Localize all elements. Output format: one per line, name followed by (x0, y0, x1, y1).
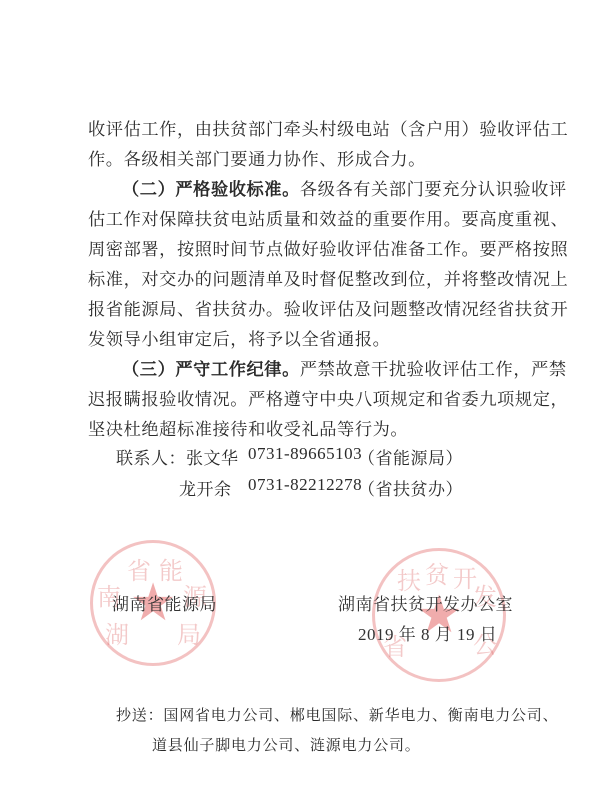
seal-poverty-office: ★ 扶 贫 开 发 公 省 (372, 548, 506, 682)
section-3-first-line: （三）严守工作纪律。严禁故意干扰验收评估工作，严禁 (122, 360, 582, 380)
seal-char: 湖 (105, 615, 129, 650)
signature-date: 2019 年 8 月 19 日 (358, 620, 497, 645)
body-line: 收评估工作，由扶贫部门牵头村级电站（含户用）验收评估工 (88, 120, 548, 140)
body-line: 迟报瞒报验收情况。严格遵守中央八项规定和省委九项规定， (88, 390, 548, 410)
contact-label: 联系人： (116, 449, 186, 469)
cc-recipients: 国网省电力公司、郴电国际、新华电力、衡南电力公司、 (163, 706, 558, 724)
body-line: 估工作对保障扶贫电站质量和效益的重要作用。要高度重视、 (88, 210, 548, 230)
seal-char: 能 (159, 551, 183, 586)
contact-name: 张文华 (186, 449, 239, 469)
section-2-heading: （二）严格验收标准。 (122, 180, 300, 200)
seal-char: 省 (127, 551, 151, 586)
seal-char: 贫 (425, 555, 449, 590)
contact-phone: 0731-89665103 (248, 444, 362, 464)
body-line: 作。各级相关部门要通力协作、形成合力。 (88, 150, 548, 170)
body-line: 周密部署，按照时间节点做好验收评估准备工作。要严格按照 (88, 240, 548, 260)
contact-org: （省能源局） (358, 444, 463, 469)
contact-name: 龙开余 (179, 475, 232, 500)
section-3-heading: （三）严守工作纪律。 (122, 360, 300, 380)
contact-phone: 0731-82212278 (248, 475, 362, 495)
section-3-text: 严禁故意干扰验收评估工作，严禁 (300, 360, 567, 380)
cc-line-1: 抄送：国网省电力公司、郴电国际、新华电力、衡南电力公司、 (116, 704, 558, 725)
contact-org: （省扶贫办） (358, 475, 463, 500)
cc-label: 抄送： (116, 706, 163, 724)
contact-row: 联系人：张文华 (116, 444, 239, 469)
cc-line-2: 道县仙子脚电力公司、涟源电力公司。 (152, 734, 421, 755)
body-line: 标准，对交办的问题清单及时督促整改到位，并将整改情况上 (88, 270, 548, 290)
section-2-text: 各级各有关部门要充分认识验收评 (300, 180, 567, 200)
seal-char: 局 (177, 615, 201, 650)
signature-org-left: 湖南省能源局 (112, 590, 217, 615)
section-2-first-line: （二）严格验收标准。各级各有关部门要充分认识验收评 (122, 180, 582, 200)
body-line: 坚决杜绝超标准接待和收受礼品等行为。 (88, 420, 548, 440)
signature-org-right: 湖南省扶贫开发办公室 (338, 590, 513, 615)
body-line: 报省能源局、省扶贫办。验收评估及问题整改情况经省扶贫开 (88, 300, 548, 320)
body-line: 发领导小组审定后，将予以全省通报。 (88, 330, 548, 350)
